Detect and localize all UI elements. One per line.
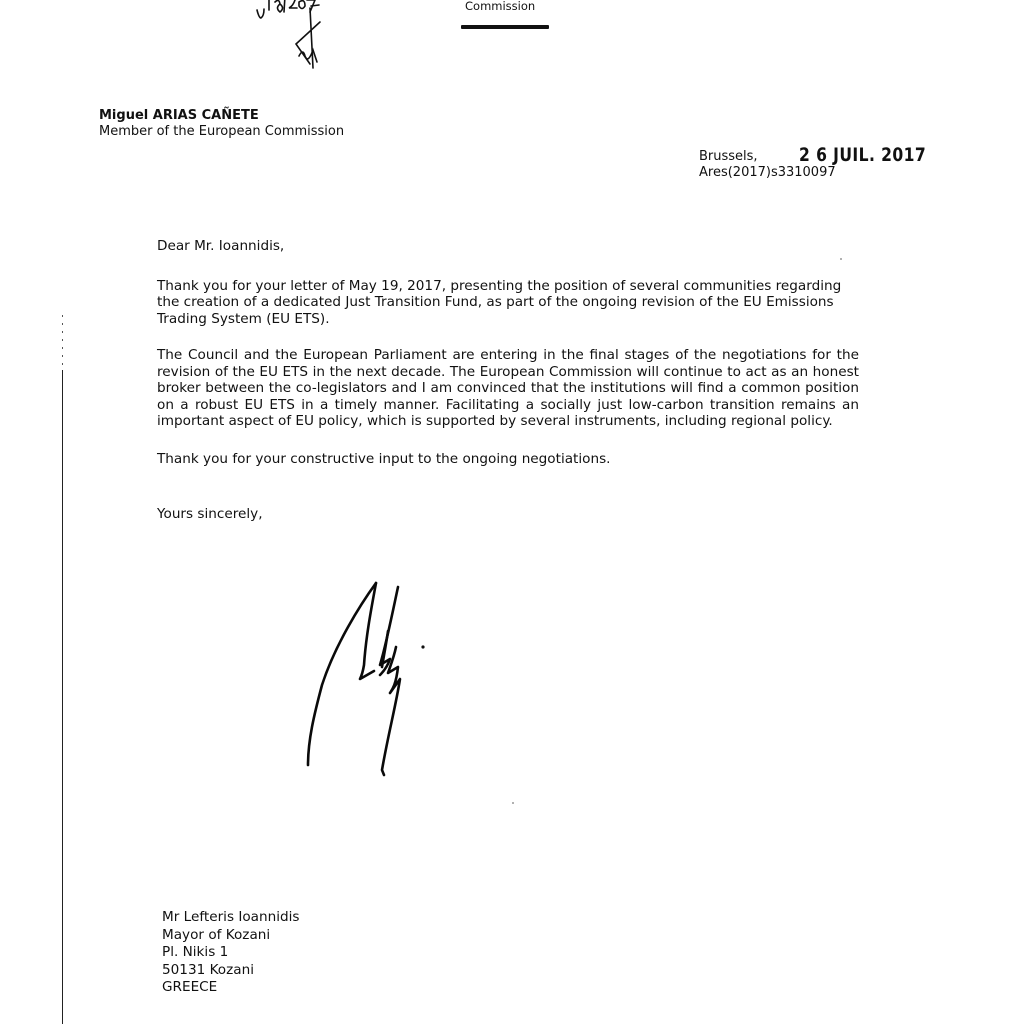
paragraph-1: Thank you for your letter of May 19, 201… [157, 278, 859, 328]
sender-block: Miguel ARIAS CAÑETE Member of the Europe… [99, 108, 344, 140]
date-reference-block: Brussels,2 6 JUIL. 2017 Ares(2017)s33100… [699, 146, 954, 181]
salutation: Dear Mr. Ioannidis, [157, 238, 859, 255]
recipient-country: GREECE [162, 979, 300, 997]
recipient-name: Mr Lefteris Ioannidis [162, 909, 300, 927]
european-commission-logo: European Commission [465, 0, 555, 13]
logo-underline [461, 25, 549, 29]
closing: Yours sincerely, [157, 506, 859, 523]
handwritten-signature [300, 575, 450, 785]
recipient-title: Mayor of Kozani [162, 927, 300, 945]
scan-speck [512, 802, 514, 804]
sender-name: Miguel ARIAS CAÑETE [99, 108, 344, 124]
date-stamp: 2 6 JUIL. 2017 [799, 147, 926, 163]
handwritten-annotation: u 18/2017 [225, 0, 355, 72]
scan-margin-line [62, 370, 63, 1024]
letter-body: Dear Mr. Ioannidis, Thank you for your l… [157, 238, 859, 540]
reference-number: Ares(2017)s3310097 [699, 165, 954, 181]
paragraph-2: The Council and the European Parliament … [157, 347, 859, 430]
recipient-city: 50131 Kozani [162, 962, 300, 980]
paragraph-3: Thank you for your constructive input to… [157, 451, 859, 468]
sender-title: Member of the European Commission [99, 124, 344, 140]
logo-line-2: Commission [465, 0, 555, 13]
city: Brussels, [699, 149, 799, 165]
recipient-address: Mr Lefteris Ioannidis Mayor of Kozani Pl… [162, 909, 300, 997]
scan-margin-dots [62, 315, 63, 365]
scan-speck [840, 258, 842, 260]
recipient-street: Pl. Nikis 1 [162, 944, 300, 962]
